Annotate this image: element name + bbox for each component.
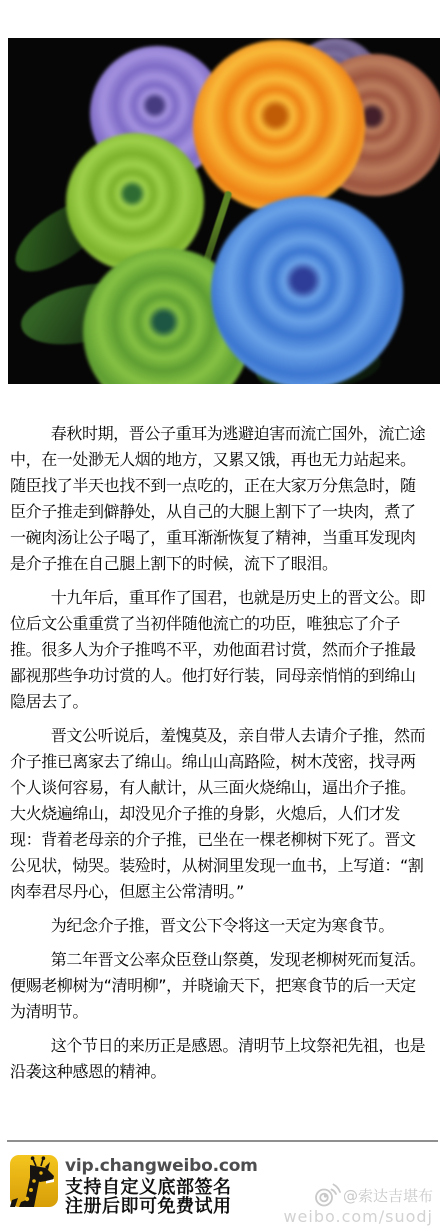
tagline-1: 支持自定义底部签名: [65, 1178, 258, 1197]
watermark-url: weibo.com/suodj: [283, 1207, 433, 1226]
watermark-account: @索达吉堪布: [343, 1187, 433, 1205]
paragraph: 这个节日的来历正是感恩。清明节上坟祭祀先祖，也是沿袭这种感恩的精神。: [10, 1033, 430, 1085]
watermark-account-line: @索达吉堪布: [283, 1181, 433, 1207]
site-url: vip.changweibo.com: [65, 1156, 258, 1176]
paragraph: 第二年晋文公率众臣登山祭奠，发现老柳树死而复活。便赐老柳树为“清明柳”，并晓谕天…: [10, 947, 430, 1025]
paragraph: 春秋时期，晋公子重耳为逃避迫害而流亡国外，流亡途中，在一处渺无人烟的地方，又累又…: [10, 421, 430, 577]
giraffe-icon: [10, 1155, 58, 1207]
weibo-watermark: @索达吉堪布 weibo.com/suodj: [283, 1181, 433, 1226]
tagline-2: 注册后即可免费试用: [65, 1197, 258, 1216]
rose-photo: [8, 38, 440, 384]
footer-text: vip.changweibo.com 支持自定义底部签名 注册后即可免费试用: [65, 1156, 258, 1216]
article: 春秋时期，晋公子重耳为逃避迫害而流亡国外，流亡途中，在一处渺无人烟的地方，又累又…: [10, 421, 430, 1093]
footer-divider: [7, 1140, 438, 1142]
paragraph: 晋文公听说后，羞愧莫及，亲自带人去请介子推，然而介子推已离家去了绵山。绵山山高路…: [10, 723, 430, 905]
changweibo-logo-badge: [10, 1155, 58, 1207]
long-weibo-post: 春秋时期，晋公子重耳为逃避迫害而流亡国外，流亡途中，在一处渺无人烟的地方，又累又…: [0, 0, 440, 1231]
blue-rose: [211, 196, 403, 384]
paragraph: 十九年后，重耳作了国君，也就是历史上的晋文公。即位后文公重重赏了当初伴随他流亡的…: [10, 585, 430, 715]
weibo-eye-icon: [313, 1181, 341, 1207]
paragraph: 为纪念介子推，晋文公下令将这一天定为寒食节。: [10, 913, 430, 939]
orange-rose: [193, 40, 365, 212]
